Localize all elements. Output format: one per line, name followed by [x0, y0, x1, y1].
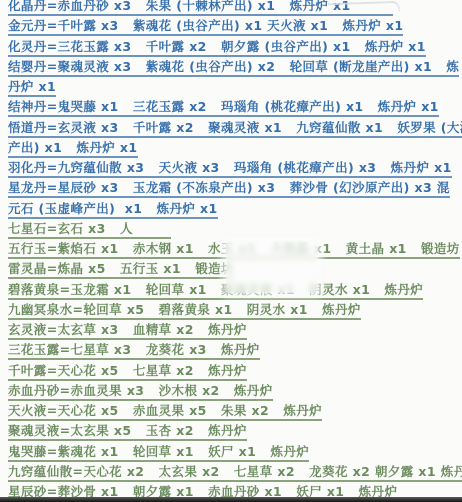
recipe-line-text: 玄灵液=太玄草 x3 血精草 x2 炼丹炉 [8, 322, 247, 340]
recipe-line-text: 羽化丹=九窍蕴仙散 x3 天火液 x3 玛瑙角 (桃花瘴产出) x3 炼丹炉 x… [8, 160, 452, 178]
recipe-line: 鬼哭藤=紫魂花 x1 轮回草 x1 妖尸 x1 炼丹炉 [0, 442, 462, 462]
recipe-line: 千叶露=天心花 x5 七星草 x2 炼丹炉 [0, 361, 462, 381]
recipe-line-text: 产出) x1 炼丹炉 x1 [8, 140, 138, 158]
recipe-line: 化灵丹=三花玉露 x3 千叶露 x2 朝夕露 (虫谷产出) x1 炼丹炉 x1 [0, 37, 462, 57]
recipe-line: 羽化丹=九窍蕴仙散 x3 天火液 x3 玛瑙角 (桃花瘴产出) x3 炼丹炉 x… [0, 158, 462, 178]
recipe-line: 结神丹=鬼哭藤 x1 三花玉露 x2 玛瑙角 (桃花瘴产出) x1 炼丹炉 x1 [0, 97, 462, 117]
recipe-line: 悟道丹=玄灵液 x3 千叶露 x2 聚魂灵液 x1 九窍蕴仙散 x1 妖罗果 (… [0, 118, 462, 138]
recipe-line: 七星石=玄石 x3 人 [0, 219, 462, 239]
recipe-line-text: 九幽冥泉水=轮回草 x5 碧落黄泉 x1 阴灵水 x1 炼丹炉 [8, 302, 361, 320]
recipe-line-text: 碧落黄泉=玉龙霜 x1 轮回草 x1 聚魂灵液 x1 阴灵水 x1 炼丹炉 [8, 282, 423, 300]
redaction-blur-box [226, 241, 318, 293]
recipe-line-text: 结神丹=鬼哭藤 x1 三花玉露 x2 玛瑙角 (桃花瘴产出) x1 炼丹炉 x1 [8, 99, 439, 117]
recipe-line: 产出) x1 炼丹炉 x1 [0, 138, 462, 158]
recipe-line-text: 三花玉露=七星草 x3 龙葵花 x3 炼丹炉 [8, 342, 260, 360]
recipe-line: 聚魂灵液=太玄果 x5 玉杏 x2 炼丹炉 [0, 421, 462, 441]
recipe-line: 三花玉露=七星草 x3 龙葵花 x3 炼丹炉 [0, 340, 462, 360]
recipe-line-text: 金元丹=千叶露 x3 紫魂花 (虫谷产出) x1 天火液 x1 炼丹炉 x1 [8, 18, 403, 36]
recipe-line-text: 九窍蕴仙散=天心花 x2 太玄果 x2 七星草 x2 龙葵花 x2 朝夕露 x1… [8, 464, 462, 482]
recipe-line-text: 聚魂灵液=太玄果 x5 玉杏 x2 炼丹炉 [8, 423, 247, 441]
recipe-line-text: 天火液=天心花 x5 赤血灵果 x5 朱果 x2 炼丹炉 [8, 403, 322, 421]
recipe-line-text: 结婴丹=聚魂灵液 x3 紫魂花 (虫谷产出) x2 轮回草 (断龙崖产出) x1… [8, 59, 459, 77]
recipe-line: 天火液=天心花 x5 赤血灵果 x5 朱果 x2 炼丹炉 [0, 401, 462, 421]
recipe-line-text: 赤血丹砂=赤血灵果 x3 沙木根 x2 炼丹炉 [8, 383, 273, 401]
recipe-line-text: 鬼哭藤=紫魂花 x1 轮回草 x1 妖尸 x1 炼丹炉 [8, 444, 309, 462]
recipe-line: 九窍蕴仙散=天心花 x2 太玄果 x2 七星草 x2 龙葵花 x2 朝夕露 x1… [0, 462, 462, 482]
recipe-line: 星龙丹=星辰砂 x3 玉龙霜 (不冻泉产出) x3 葬沙骨 (幻沙原产出) x3… [0, 178, 462, 198]
recipe-line: 九幽冥泉水=轮回草 x5 碧落黄泉 x1 阴灵水 x1 炼丹炉 [0, 300, 462, 320]
recipe-line: 金元丹=千叶露 x3 紫魂花 (虫谷产出) x1 天火液 x1 炼丹炉 x1 [0, 16, 462, 36]
recipe-line-text: 元石 (玉虚峰产出) x1 炼丹炉 x1 [8, 201, 218, 219]
recipe-line: 赤血丹砂=赤血灵果 x3 沙木根 x2 炼丹炉 [0, 381, 462, 401]
recipe-line-text: 雷灵晶=炼晶 x5 五行玉 x1 锻造坊 [8, 261, 234, 279]
recipe-line-text: 千叶露=天心花 x5 七星草 x2 炼丹炉 [8, 363, 247, 381]
recipe-line: 玄灵液=太玄草 x3 血精草 x2 炼丹炉 [0, 320, 462, 340]
recipe-line-text: 丹炉 x1 [8, 79, 56, 97]
recipe-line: 丹炉 x1 [0, 77, 462, 97]
recipe-line: 元石 (玉虚峰产出) x1 炼丹炉 x1 [0, 199, 462, 219]
recipe-line-text: 星龙丹=星辰砂 x3 玉龙霜 (不冻泉产出) x3 葬沙骨 (幻沙原产出) x3… [8, 180, 450, 198]
recipe-line: 结婴丹=聚魂灵液 x3 紫魂花 (虫谷产出) x2 轮回草 (断龙崖产出) x1… [0, 57, 462, 77]
recipe-line-text: 悟道丹=玄灵液 x3 千叶露 x2 聚魂灵液 x1 九窍蕴仙散 x1 妖罗果 (… [8, 120, 462, 138]
recipe-line-text: 七星石=玄石 x3 人 [8, 221, 171, 239]
recipe-line-text: 化灵丹=三花玉露 x3 千叶露 x2 朝夕露 (虫谷产出) x1 炼丹炉 x1 [8, 39, 426, 57]
recipe-document-page: 化晶丹=赤血丹砂 x3 朱果 (十棘林产出) x1 炼丹炉 x1 金元丹=千叶露… [0, 0, 462, 502]
bottom-bar [0, 497, 462, 502]
